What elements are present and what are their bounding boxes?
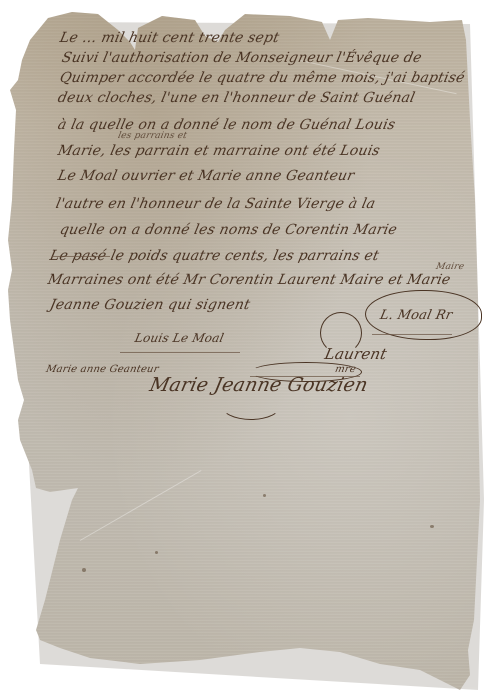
record-line-6: Marie, les parrain et marraine ont été L… [56, 143, 381, 159]
marginal-note: Maire [435, 262, 465, 272]
signature-priest: L. Moal Rr [378, 308, 453, 324]
record-line-5: à la quelle on a donné le nom de Guénal … [56, 117, 397, 133]
signature-marie-anne: Marie anne Geanteur [44, 362, 160, 378]
signature-rule [372, 334, 452, 335]
ink-spot [430, 525, 434, 528]
ink-spot [263, 494, 266, 497]
record-line-2: Suivi l'authorisation de Monseigneur l'É… [60, 50, 423, 66]
signature-louis-le-moal: Louis Le Moal [133, 330, 225, 346]
record-line-11: Marraines ont été Mr Corentin Laurent Ma… [46, 272, 452, 288]
ink-spot [82, 568, 86, 572]
record-line-8: l'autre en l'honneur de la Sainte Vierge… [54, 196, 377, 212]
record-line-7: Le Moal ouvrier et Marie anne Geanteur [56, 168, 356, 184]
record-line-12: Jeanne Gouzien qui signent [48, 297, 251, 313]
signature-laurent: Laurent [323, 346, 388, 362]
manuscript-page: Le … mil huit cent trente sept Suivi l'a… [0, 0, 500, 696]
record-line-1: Le … mil huit cent trente sept [58, 30, 280, 46]
ink-spot [155, 551, 158, 554]
record-line-3: Quimper accordée le quatre du même mois,… [58, 70, 466, 86]
record-line-9: quelle on a donné les noms de Corentin M… [58, 222, 398, 238]
signature-flourish [220, 388, 282, 420]
interlinear-note: les parrains et [117, 131, 188, 141]
record-line-4: deux cloches, l'une en l'honneur de Sain… [56, 90, 416, 106]
strikethrough [52, 256, 110, 257]
signature-rule [120, 352, 240, 353]
